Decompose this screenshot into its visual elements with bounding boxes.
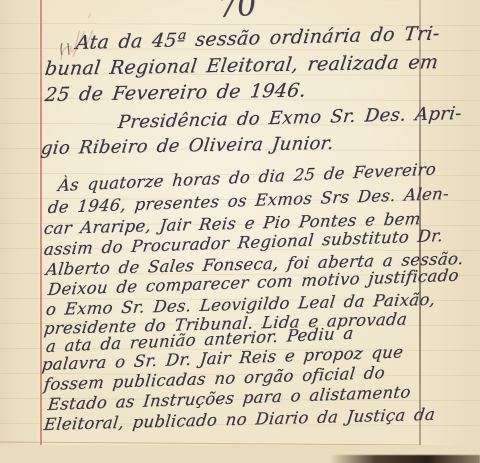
handwriting-line: 25 de Fevereiro de 1946. — [44, 79, 308, 106]
red-margin-line — [40, 0, 42, 446]
bottom-shadow — [330, 455, 480, 463]
page-number: 70 — [217, 0, 258, 25]
manuscript-photo: 70 Ata da 45ª sessão ordinária do Tri- b… — [0, 0, 480, 463]
stray-ink-mark — [58, 40, 74, 58]
